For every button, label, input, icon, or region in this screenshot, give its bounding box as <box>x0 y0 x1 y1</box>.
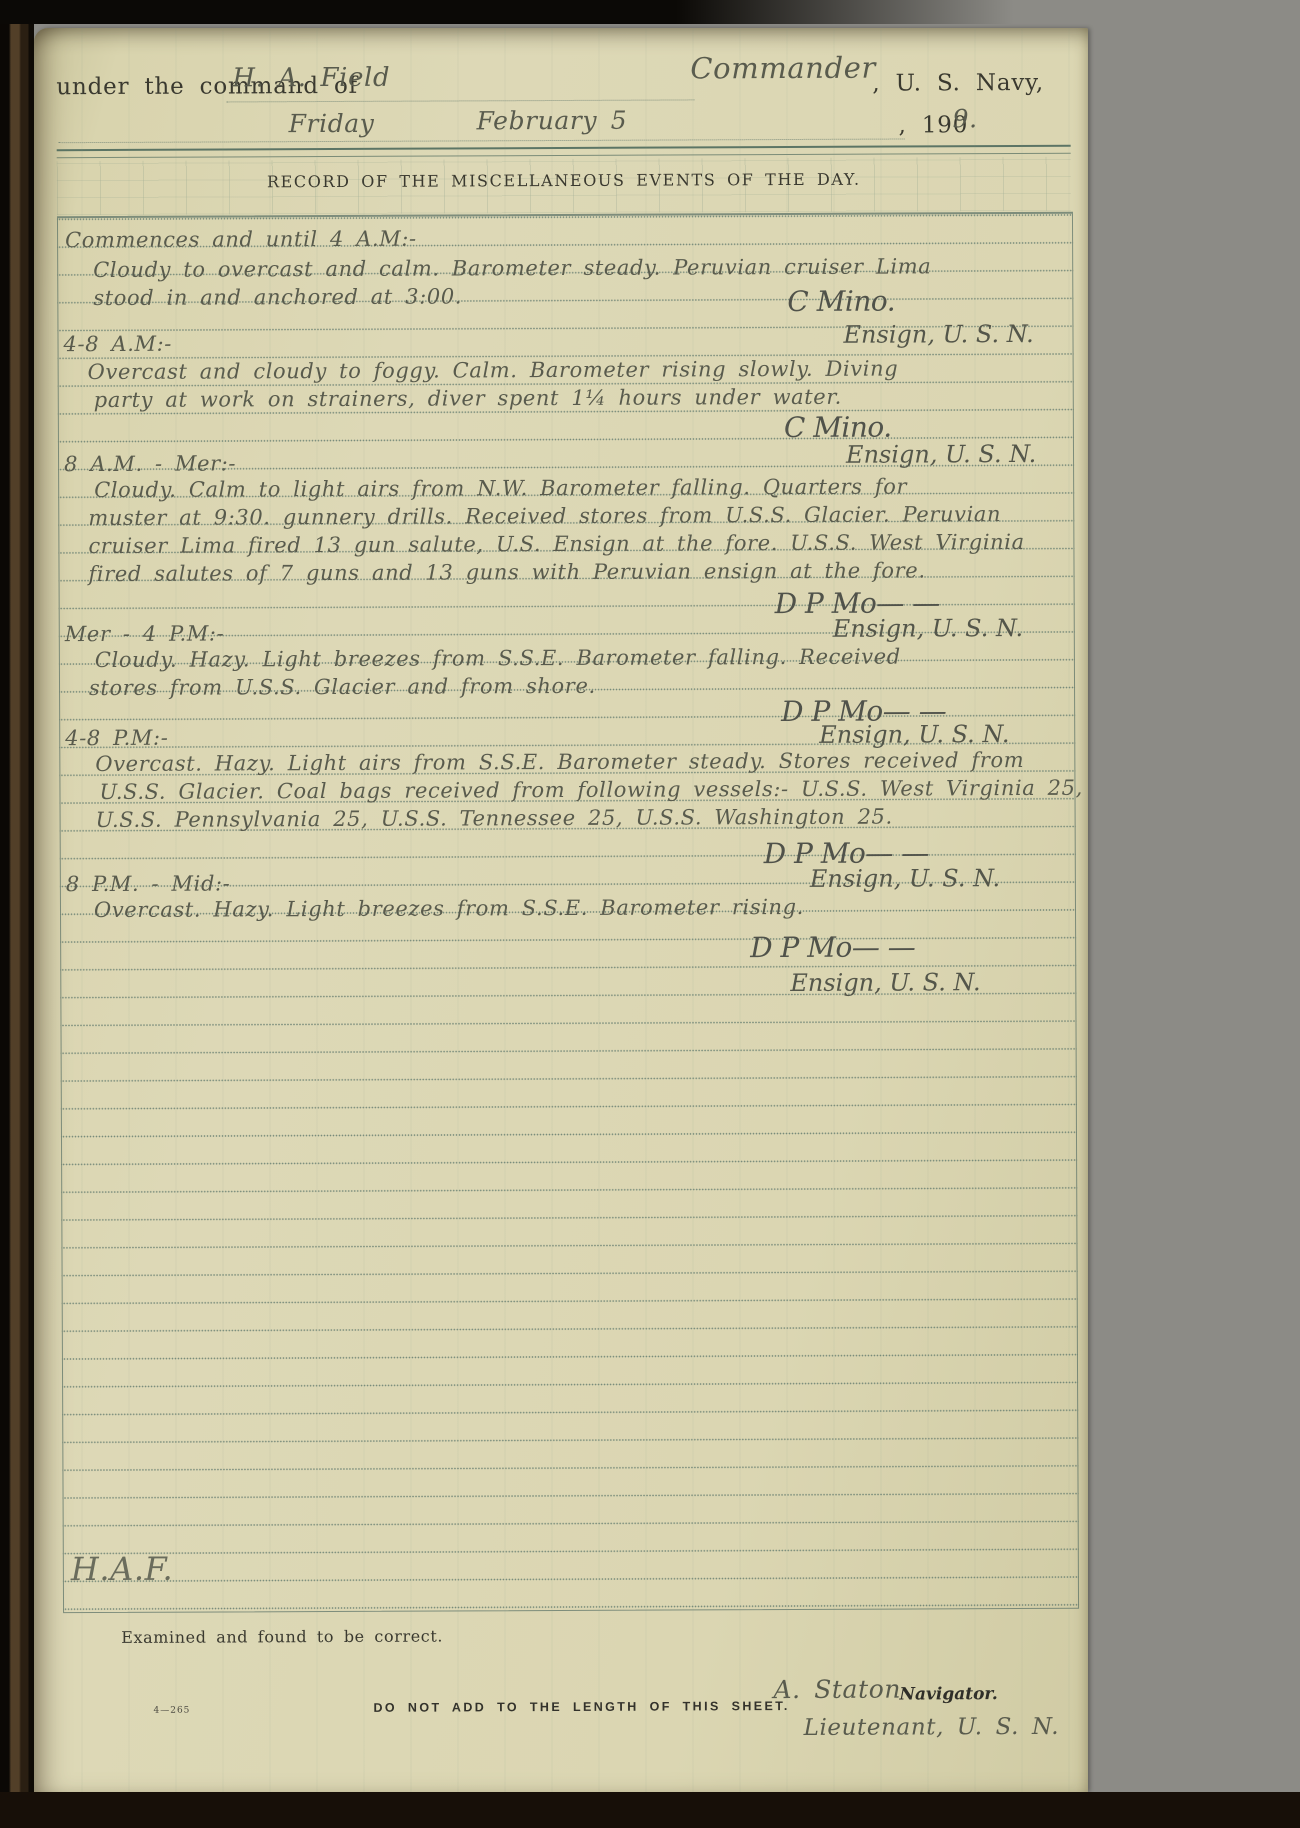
watch-officer-rank: Ensign, U. S. N. <box>819 720 1009 749</box>
log-line: Overcast. Hazy. Light breezes from S.S.E… <box>94 895 804 922</box>
clerk-initials: H.A.F. <box>71 1550 174 1588</box>
log-line: Cloudy. Calm to light airs from N.W. Bar… <box>94 474 907 502</box>
log-line: Cloudy to overcast and calm. Barometer s… <box>93 254 931 282</box>
entry-heading: 8 P.M. - Mid:- <box>66 871 231 896</box>
watch-officer-signature: C Mino. <box>787 285 895 318</box>
navigator-rank: Lieutenant, U. S. N. <box>804 1714 1060 1741</box>
book-binding-edge <box>0 0 34 1828</box>
rank-handwritten: Commander <box>690 51 876 86</box>
scan-top-shadow <box>0 0 1300 24</box>
section-title: RECORD OF THE MISCELLANEOUS EVENTS OF TH… <box>57 169 1071 192</box>
year-digit-handwritten: 9. <box>952 104 977 133</box>
log-line: Overcast. Hazy. Light airs from S.S.E. B… <box>95 748 1024 776</box>
watch-officer-rank: Ensign, U. S. N. <box>833 614 1023 643</box>
weekday-handwritten: Friday <box>289 109 375 138</box>
log-line: muster at 9:30. gunnery drills. Received… <box>88 502 1001 530</box>
page-content: under the command of H. A. Field Command… <box>30 26 1092 1795</box>
log-line: U.S.S. Pennsylvania 25, U.S.S. Tennessee… <box>96 805 893 832</box>
watch-officer-rank: Ensign, U. S. N. <box>846 440 1036 469</box>
entry-heading: 8 A.M. - Mer:- <box>64 451 236 476</box>
date-fill-line <box>59 138 905 143</box>
header-double-rule <box>57 145 1071 158</box>
log-line: party at work on strainers, diver spent … <box>94 385 842 412</box>
length-warning: DO NOT ADD TO THE LENGTH OF THIS SHEET. <box>373 1699 789 1715</box>
examined-note: Examined and found to be correct. <box>121 1627 443 1647</box>
navigator-title-label: Navigator. <box>899 1684 997 1704</box>
date-handwritten: February 5 <box>476 106 627 136</box>
watch-officer-signature: C Mino. <box>784 411 892 444</box>
scanned-logbook: under the command of H. A. Field Command… <box>0 0 1300 1828</box>
entry-heading: Mer - 4 P.M:- <box>65 621 225 646</box>
log-line: cruiser Lima fired 13 gun salute, U.S. E… <box>88 530 1024 558</box>
navigator-signature: A. Staton <box>773 1675 901 1705</box>
name-fill-line <box>226 99 694 102</box>
log-line: Overcast and cloudy to foggy. Calm. Baro… <box>88 357 899 385</box>
log-line: Cloudy. Hazy. Light breezes from S.S.E. … <box>95 645 901 673</box>
log-line: fired salutes of 7 guns and 13 guns with… <box>88 558 925 586</box>
entry-heading: Commences and until 4 A.M:- <box>65 227 417 253</box>
entry-heading: 4-8 A.M:- <box>63 332 172 356</box>
scan-bottom-shadow <box>0 1792 1300 1828</box>
log-line: stores from U.S.S. Glacier and from shor… <box>89 674 596 700</box>
watch-officer-signature: D P Mo— — <box>750 930 915 964</box>
form-number: 4—265 <box>153 1706 190 1716</box>
watch-officer-rank: Ensign, U. S. N. <box>790 968 980 997</box>
log-line: stood in and anchored at 3:00. <box>93 284 462 310</box>
watch-officer-rank: Ensign, U. S. N. <box>843 320 1033 349</box>
log-line: U.S.S. Glacier. Coal bags received from … <box>99 776 1082 804</box>
commanding-officer-name: H. A. Field <box>232 63 390 94</box>
log-page: under the command of H. A. Field Command… <box>34 28 1088 1792</box>
entry-heading: 4-8 P.M:- <box>65 726 168 750</box>
watch-officer-rank: Ensign, U. S. N. <box>810 864 1000 893</box>
rank-printed-suffix: , U. S. Navy, <box>872 70 1044 97</box>
